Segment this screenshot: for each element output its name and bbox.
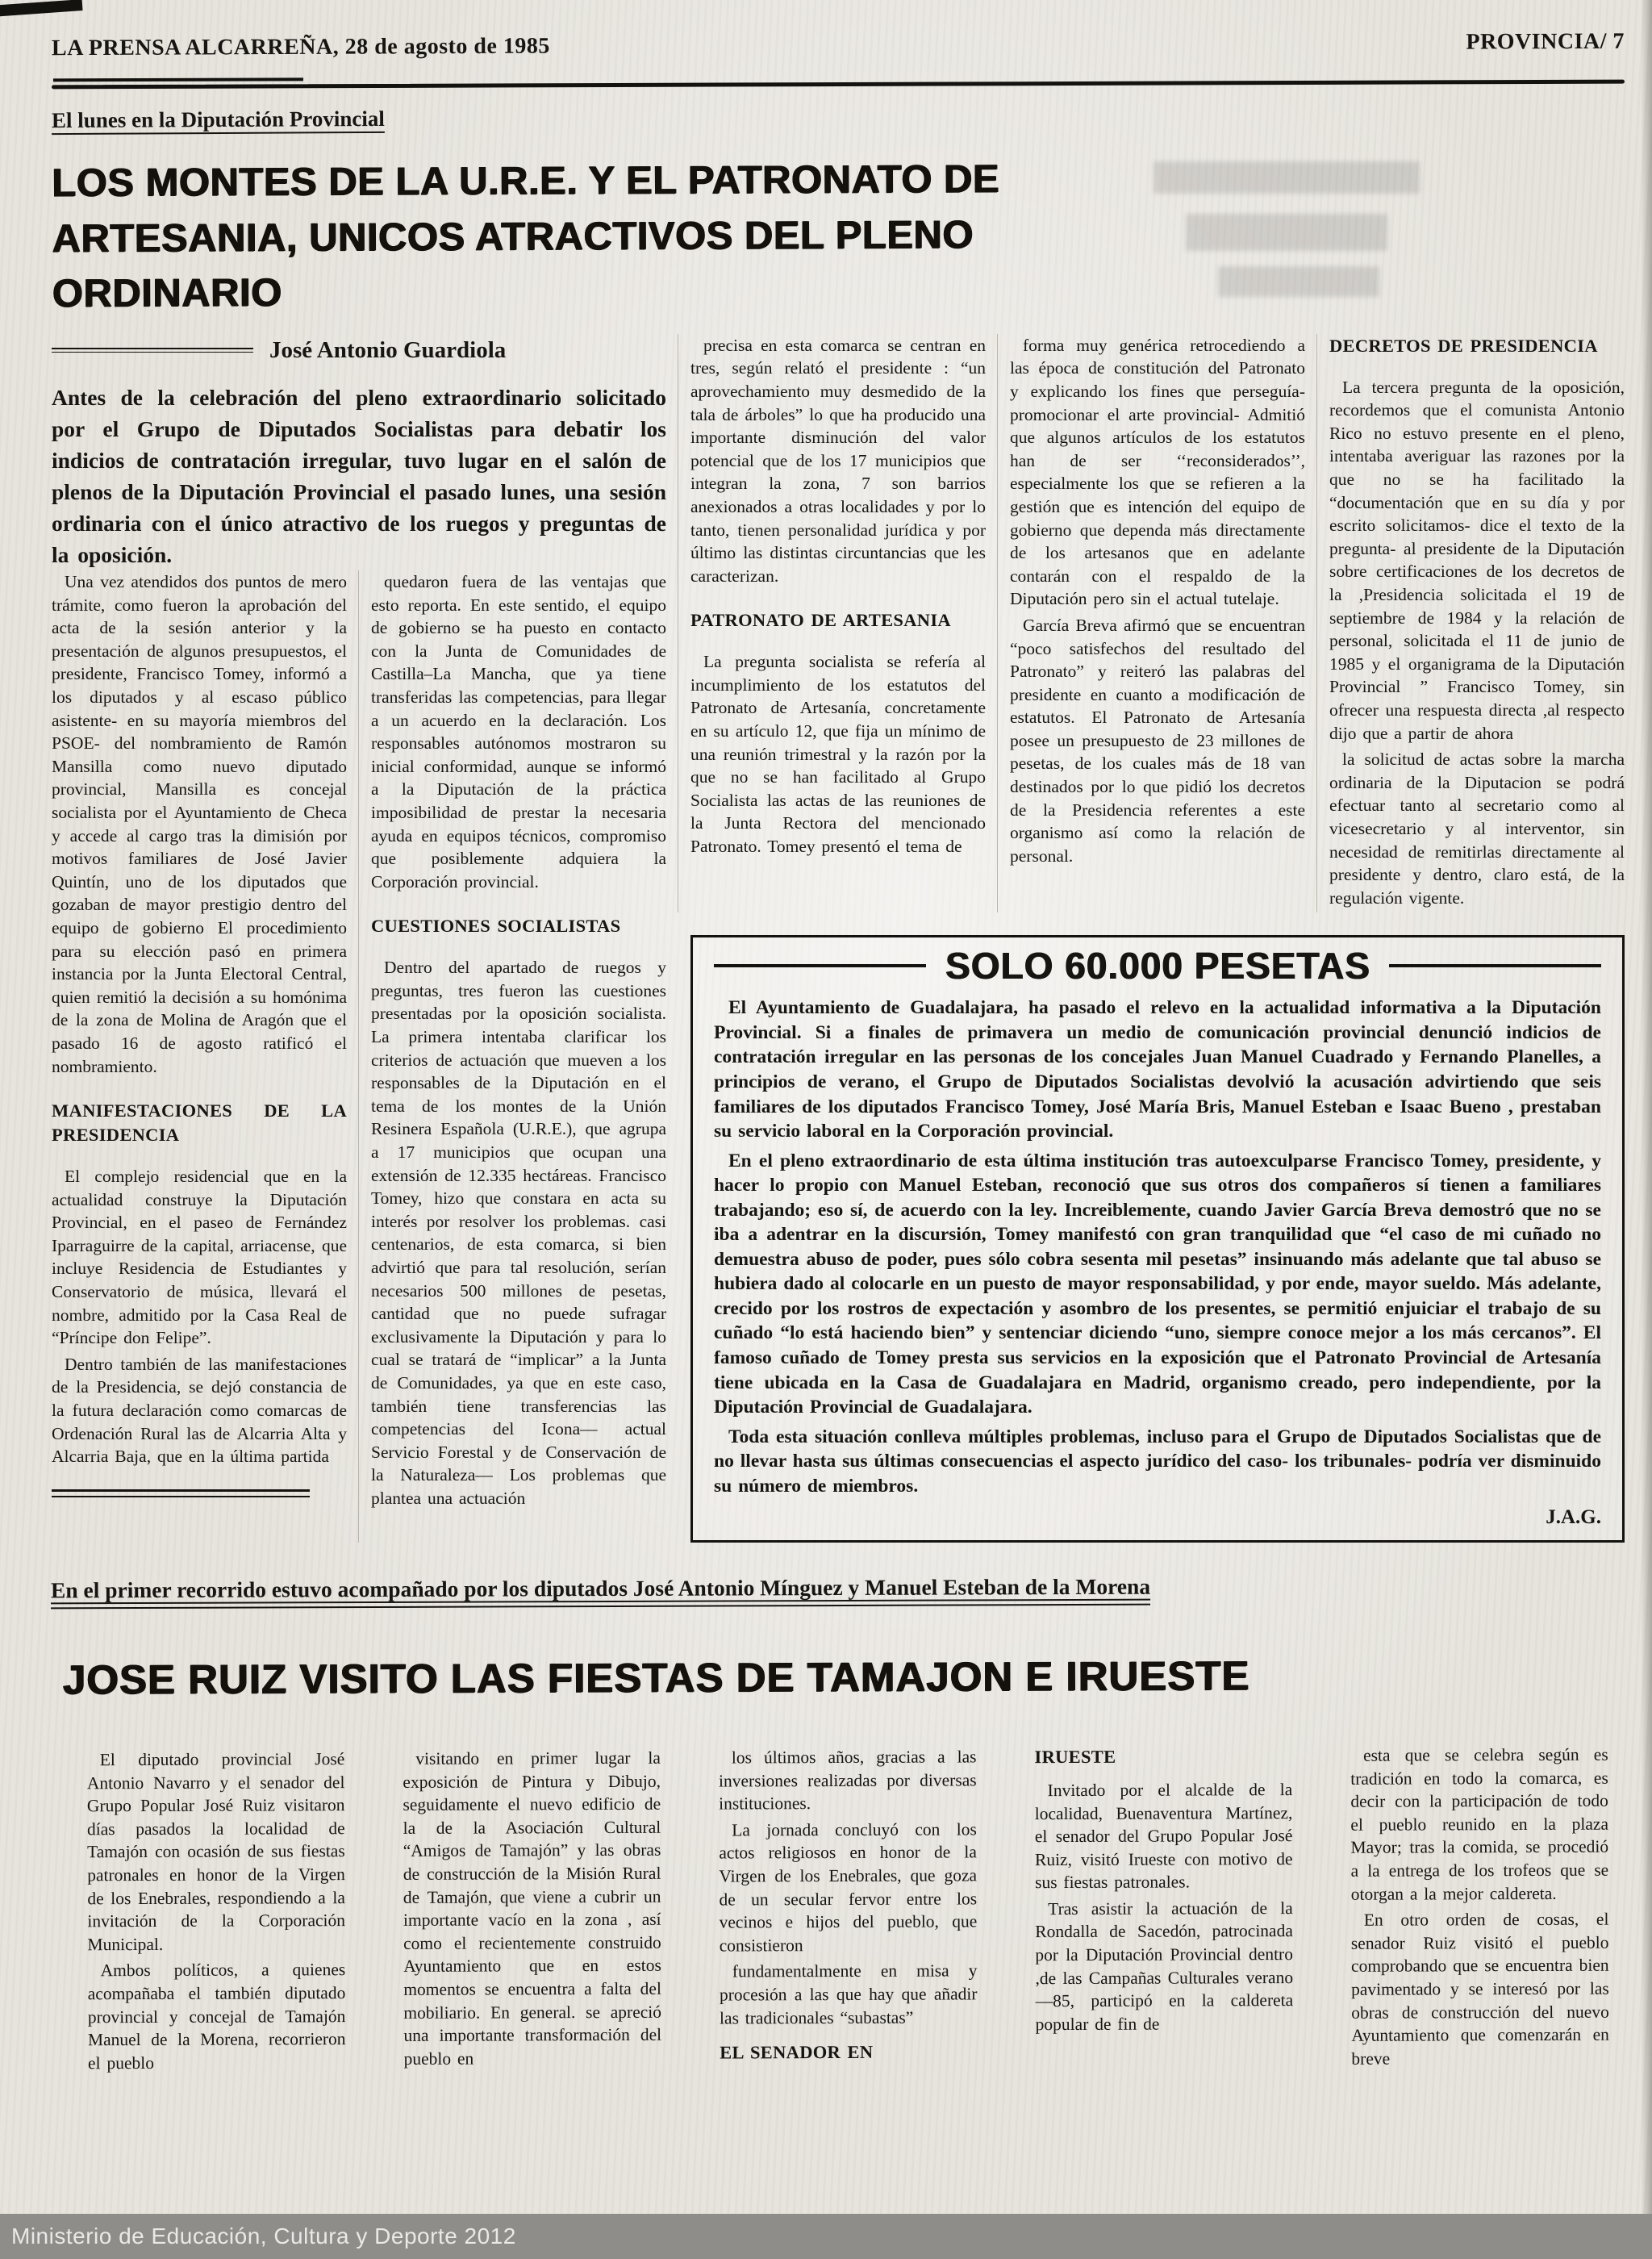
newspaper-page: LA PRENSA ALCARREÑA, 28 de agosto de 198…: [0, 0, 1652, 2259]
page-header: LA PRENSA ALCARREÑA, 28 de agosto de 198…: [52, 29, 1625, 62]
paragraph: Tras asistir la actuación de la Rondalla…: [1035, 1897, 1293, 2036]
byline-author: José Antonio Guardiola: [269, 337, 506, 364]
article1-kicker: El lunes en la Diputación Provincial: [52, 106, 385, 133]
paragraph: Toda esta situación conlleva múltiples p…: [714, 1425, 1601, 1499]
paragraph: El diputado provincial José Antonio Nava…: [87, 1747, 345, 1956]
paragraph: los últimos años, gracias a las inversio…: [719, 1746, 977, 1816]
boxed-story-title-row: SOLO 60.000 PESETAS: [714, 944, 1601, 988]
article2-standfirst: En el primer recorrido estuvo acompañado…: [51, 1574, 1150, 1610]
section-page-number: PROVINCIA/ 7: [1466, 29, 1625, 56]
subhead-irueste: IRUESTE: [1034, 1744, 1292, 1769]
paragraph: precisa en esta comarca se centran en tr…: [690, 334, 986, 588]
subhead-decretos: DECRETOS DE PRESIDENCIA: [1329, 334, 1625, 358]
boxed-story-title: SOLO 60.000 PESETAS: [945, 944, 1370, 988]
paragraph: La jornada concluyó con los actos religi…: [719, 1818, 977, 1957]
article1-column-2: quedaron fuera de las ventajas que esto …: [358, 570, 666, 1543]
paragraph: La pregunta socialista se refería al inc…: [690, 650, 986, 858]
subhead-el-senador-en: EL SENADOR EN: [720, 2040, 978, 2065]
archive-watermark-strip: Ministerio de Educación, Cultura y Depor…: [0, 2214, 1652, 2259]
boxed-story: SOLO 60.000 PESETAS El Ayuntamiento de G…: [690, 935, 1625, 1543]
article1-column-3: precisa en esta comarca se centran en tr…: [678, 334, 986, 913]
paragraph: En otro orden de cosas, el senador Ruiz …: [1351, 1908, 1609, 2070]
article2-headline: JOSE RUIZ VISITO LAS FIESTAS DE TAMAJON …: [62, 1651, 1624, 1704]
paragraph: quedaron fuera de las ventajas que esto …: [371, 570, 666, 893]
article2-body: El diputado provincial José Antonio Nava…: [87, 1743, 1609, 2078]
scan-edge-shadow: [1641, 0, 1652, 2259]
article1-column-1: Una vez atendidos dos puntos de mero trá…: [52, 570, 347, 1543]
boxed-story-cell: SOLO 60.000 PESETAS El Ayuntamiento de G…: [690, 935, 1625, 1543]
paragraph: la solicitud de actas sobre la marcha or…: [1329, 748, 1625, 909]
paragraph: esta que se celebra según es tradición e…: [1350, 1743, 1608, 1906]
title-rule-right: [1389, 964, 1601, 967]
paragraph: García Breva afirmó que se encuentran “p…: [1010, 614, 1305, 868]
article1-lead-cell: José Antonio Guardiola Antes de la celeb…: [52, 334, 666, 570]
scan-corner-artifact: [0, 0, 83, 17]
article1-byline: José Antonio Guardiola: [52, 337, 666, 364]
paragraph: Dentro también de las manifestaciones de…: [52, 1353, 347, 1468]
paragraph: En el pleno extraordinario de esta últim…: [714, 1149, 1601, 1420]
header-rule: [52, 80, 1625, 90]
article1-lead: Antes de la celebración del pleno extrao…: [52, 382, 666, 570]
boxed-story-body: El Ayuntamiento de Guadalajara, ha pasad…: [714, 996, 1601, 1498]
article2-column-4: IRUESTE Invitado por el alcalde de la lo…: [1034, 1744, 1293, 2074]
article2-column-2: visitando en primer lugar la exposición …: [403, 1747, 661, 2077]
paragraph: La tercera pregunta de la oposición, rec…: [1329, 376, 1625, 745]
article1-column-4: forma muy genérica retrocediendo a las é…: [997, 334, 1305, 913]
archive-watermark-text: Ministerio de Educación, Cultura y Depor…: [0, 2224, 516, 2249]
subhead-cuestiones: CUESTIONES SOCIALISTAS: [371, 914, 666, 938]
subhead-manifestaciones: MANIFESTACIONES DE LA PRESIDENCIA: [52, 1099, 347, 1147]
boxed-story-signature: J.A.G.: [714, 1506, 1601, 1529]
article2-column-3: los últimos años, gracias a las inversio…: [719, 1746, 978, 2076]
paragraph: El complejo residencial que en la actual…: [52, 1165, 347, 1350]
article2-column-5: esta que se celebra según es tradición e…: [1350, 1743, 1609, 2073]
paragraph: visitando en primer lugar la exposición …: [403, 1747, 661, 2070]
masthead: LA PRENSA ALCARREÑA, 28 de agosto de 198…: [52, 34, 550, 62]
article2-column-1: El diputado provincial José Antonio Nava…: [87, 1747, 346, 2077]
article1-body: José Antonio Guardiola Antes de la celeb…: [52, 334, 1625, 1543]
paragraph: Invitado por el alcalde de la localidad,…: [1035, 1778, 1293, 1894]
subhead-patronato: PATRONATO DE ARTESANIA: [690, 608, 986, 633]
article1-column-5: DECRETOS DE PRESIDENCIA La tercera pregu…: [1316, 334, 1625, 913]
article-end-rule: [52, 1489, 310, 1497]
paragraph: Ambos políticos, a quienes acompañaba el…: [88, 1959, 346, 2075]
title-rule-left: [714, 964, 926, 967]
paragraph: El Ayuntamiento de Guadalajara, ha pasad…: [714, 996, 1601, 1143]
paragraph: Dentro del apartado de ruegos y pregunta…: [371, 956, 666, 1509]
article1-headline: LOS MONTES DE LA U.R.E. Y EL PATRONATO D…: [52, 151, 1182, 322]
article2: En el primer recorrido estuvo acompañado…: [51, 1572, 1625, 2078]
byline-rule: [52, 348, 253, 353]
paragraph: Una vez atendidos dos puntos de mero trá…: [52, 570, 347, 1078]
paragraph: forma muy genérica retrocediendo a las é…: [1010, 334, 1305, 611]
paragraph: fundamentalmente en misa y procesión a l…: [720, 1960, 978, 2030]
